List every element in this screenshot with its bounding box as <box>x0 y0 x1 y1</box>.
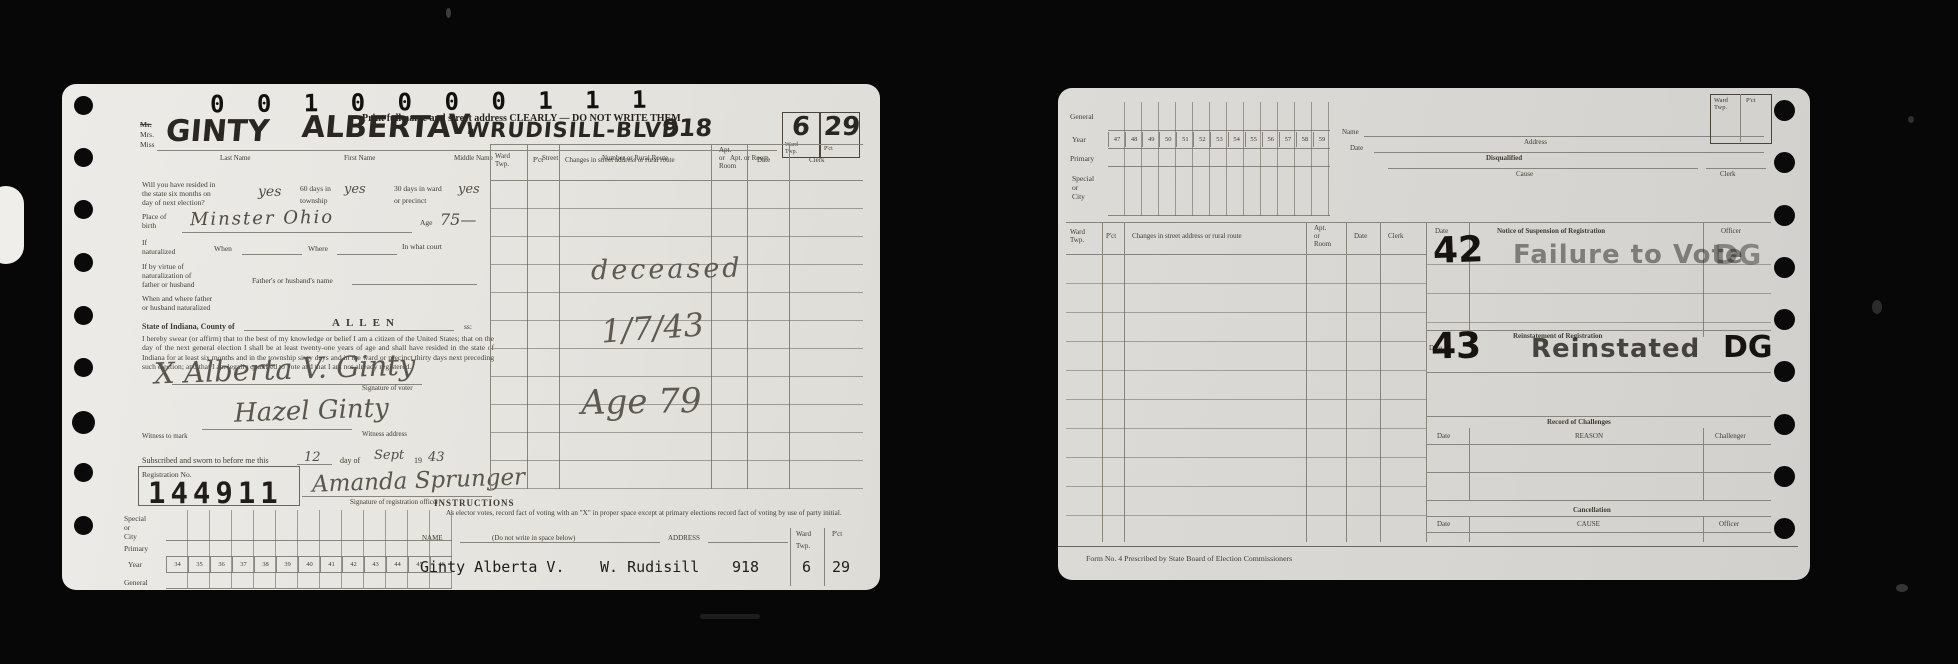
year-cell: 52 <box>1193 132 1210 147</box>
year-cell: 36 <box>210 557 232 572</box>
instructions-body: As elector votes, record fact of voting … <box>446 509 858 518</box>
col-apt-room: Apt. or Room <box>1314 224 1331 248</box>
label-do-not-write: (Do not write in space below) <box>492 534 575 542</box>
label-witness-address: Witness address <box>362 430 407 438</box>
year-cell: 38 <box>254 557 276 572</box>
stamp-reinstated: Reinstated <box>1531 334 1700 364</box>
label-first-name: First Name <box>344 154 375 162</box>
stamp-reinstatement-initials: DG <box>1723 330 1773 365</box>
sworn-statement: Subscribed and sworn to before me this <box>142 456 269 466</box>
prefix-miss: Miss <box>140 140 155 149</box>
table-top-rule <box>491 144 863 145</box>
handwritten-pct-value: 29 <box>823 112 862 142</box>
col-changes: Changes in street address or rural route <box>1132 232 1242 240</box>
label-ward-twp: Ward Twp. <box>1714 97 1728 112</box>
col-ward-twp: Ward Twp. <box>1070 228 1085 244</box>
year-cells: 34 35 36 37 38 39 40 41 42 43 44 45 46 <box>166 557 452 572</box>
label-pct-2: P'ct <box>832 530 842 538</box>
voting-grid-back: General Year Primary Special or City 47 … <box>1068 102 1330 216</box>
stamp-reinstatement-year: 43 <box>1431 326 1482 368</box>
punch-hole <box>1774 518 1795 539</box>
typed-voter-number: 918 <box>732 558 759 576</box>
changes-table-back: Ward Twp. P'ct Changes in street address… <box>1066 222 1426 542</box>
sworn-day: 12 <box>304 450 321 465</box>
table-top-rule <box>1066 222 1426 223</box>
handwritten-age: 75— <box>440 210 476 229</box>
voter-registration-card-front: 0 0 1 0 0 0 0 1 1 1 Print full name and … <box>62 84 880 590</box>
punch-hole <box>1774 361 1795 382</box>
handwritten-last-name: GINTY <box>164 114 270 149</box>
label-special-or-city: Special or City <box>124 514 146 541</box>
sworn-day-line <box>297 464 332 465</box>
prefix-mrs: Mrs. <box>140 130 154 139</box>
year-cell: 41 <box>320 557 342 572</box>
year-cell: 34 <box>166 557 188 572</box>
empty-rows <box>1066 255 1426 542</box>
county-line <box>244 330 454 331</box>
col-date: Date <box>757 156 770 164</box>
label-ss: ss: <box>464 322 472 331</box>
typed-voter-address: W. Rudisill <box>600 558 699 576</box>
challenges-reason-label: REASON <box>1575 432 1603 440</box>
label-pct: P'ct <box>1746 97 1755 104</box>
record-sections: Date Notice of Suspension of Registratio… <box>1426 222 1771 542</box>
challenges-date-label: Date <box>1437 432 1450 440</box>
footer-rule <box>1058 546 1798 547</box>
cause-line <box>1388 168 1698 169</box>
instructions-title: INSTRUCTIONS <box>434 498 515 509</box>
label-year: Year <box>1072 135 1086 144</box>
label-day-of: day of <box>340 456 360 466</box>
label-signature-of-voter: Signature of voter <box>362 384 413 392</box>
voter-registration-card-back: General Year Primary Special or City 47 … <box>1058 88 1810 580</box>
section-rule <box>1427 532 1771 533</box>
punch-hole <box>74 516 93 535</box>
label-in-what-court: In what court <box>402 242 442 251</box>
index-divider <box>790 528 791 586</box>
label-state-county: State of Indiana, County of <box>142 322 235 332</box>
note-age: Age 79 <box>581 381 702 423</box>
label-if: If <box>142 238 147 247</box>
naturalized-line <box>242 254 302 255</box>
year-cell: 43 <box>364 557 386 572</box>
column-divider <box>1469 516 1470 542</box>
label-age: Age <box>420 218 433 227</box>
year-cell: 42 <box>342 557 364 572</box>
birthplace-underline <box>182 232 412 233</box>
label-address: Address <box>1524 138 1547 146</box>
handwritten-first-name: ALBERTA <box>300 110 452 145</box>
witness-signature: Hazel Ginty <box>234 393 390 428</box>
note-death-date: 1/7/43 <box>600 305 705 350</box>
label-cause: Cause <box>1516 170 1533 178</box>
changes-table: Ward Twp. P'ct Changes in street address… <box>490 144 863 489</box>
section-top-rule <box>1427 222 1771 223</box>
section-rule <box>1427 472 1771 473</box>
year-cell: 55 <box>1245 132 1262 147</box>
section-rule <box>1427 444 1771 445</box>
stamp-failure-to-vote: Failure to Vote <box>1513 240 1744 270</box>
label-naturalized: naturalized <box>142 247 175 256</box>
grid-columns <box>1108 102 1330 216</box>
label-middle-name: Middle Name <box>454 154 493 162</box>
question-resided-state: Will you have resided in the state six m… <box>142 180 215 207</box>
year-cell: 51 <box>1176 132 1193 147</box>
cancellation-cause-label: CAUSE <box>1577 520 1600 528</box>
punch-hole <box>1774 152 1795 173</box>
column-divider <box>1703 428 1704 500</box>
grid-columns <box>166 510 452 588</box>
suspension-title: Notice of Suspension of Registration <box>1497 227 1605 235</box>
handwritten-house-number: 918 <box>661 114 714 142</box>
label-last-name: Last Name <box>220 154 251 162</box>
label-witness-to-mark: Witness to mark <box>142 432 188 440</box>
film-speck <box>1872 300 1882 314</box>
microfilm-frame: { "left_card": { "stamp_number": "0 0 1 … <box>0 0 1958 664</box>
label-where: Where <box>308 244 328 253</box>
film-speck <box>1896 584 1908 592</box>
col-clerk: Clerk <box>809 156 825 164</box>
stamp-suspension-initials: DG <box>1715 238 1761 271</box>
label-place-of-birth: Place of birth <box>142 212 166 230</box>
question-ward-days: 30 days in ward <box>394 184 442 193</box>
sworn-year: 43 <box>428 450 445 465</box>
punch-hole <box>74 200 93 219</box>
section-rule <box>1427 372 1771 373</box>
index-rule <box>708 542 788 543</box>
year-cell: 49 <box>1142 132 1159 147</box>
year-cell: 54 <box>1228 132 1245 147</box>
index-divider <box>824 528 825 586</box>
suspension-officer-label: Officer <box>1721 227 1741 235</box>
label-twp: Twp. <box>796 542 810 550</box>
grid-rule <box>166 588 452 589</box>
officer-signature-line <box>302 496 492 497</box>
year-cell: 35 <box>188 557 210 572</box>
fathers-name-line <box>352 284 477 285</box>
handwritten-street: WRUDISILL-BLVD <box>465 118 681 142</box>
label-when: When <box>214 244 232 253</box>
label-date: Date <box>1350 144 1363 152</box>
prefix-mr: Mr. <box>140 120 152 129</box>
label-general: General <box>124 578 148 587</box>
year-cell: 39 <box>276 557 298 572</box>
label-name: Name <box>1342 128 1359 136</box>
year-cell: 40 <box>298 557 320 572</box>
question-ward-days-2: or precinct <box>394 196 426 205</box>
answer-resided-state: yes <box>258 184 281 200</box>
label-year: Year <box>128 560 142 569</box>
year-cell: 56 <box>1262 132 1279 147</box>
challenges-title: Record of Challenges <box>1547 418 1611 426</box>
label-clerk: Clerk <box>1720 170 1736 178</box>
punch-hole <box>1774 205 1795 226</box>
label-fathers-name: Father's or husband's name <box>252 276 333 285</box>
challenges-challenger-label: Challenger <box>1715 432 1746 440</box>
label-ward: Ward <box>796 530 811 538</box>
typed-voter-pct: 29 <box>832 558 850 576</box>
punch-hole <box>74 96 93 115</box>
punch-hole <box>1774 257 1795 278</box>
year-cell: 47 <box>1108 132 1125 147</box>
col-apt-room: Apt. or Room <box>719 146 736 170</box>
year-cells: 47 48 49 50 51 52 53 54 55 56 57 58 59 <box>1108 132 1330 147</box>
punch-hole <box>1774 466 1795 487</box>
question-township-days-2: township <box>300 196 328 205</box>
note-deceased: deceased <box>591 253 743 287</box>
col-clerk: Clerk <box>1388 232 1404 240</box>
punch-hole <box>1774 414 1795 435</box>
clerk-line <box>1706 168 1766 169</box>
section-rule <box>1427 516 1771 517</box>
film-speck <box>446 8 451 18</box>
typed-voter-name: Ginty Alberta V. <box>420 558 565 576</box>
label-disqualified: Disqualified <box>1486 154 1522 162</box>
county-value: ALLEN <box>332 317 400 330</box>
column-divider <box>1469 428 1470 500</box>
label-address: ADDRESS <box>668 534 700 542</box>
stamp-suspension-year: 42 <box>1432 229 1484 272</box>
cancellation-officer-label: Officer <box>1719 520 1739 528</box>
punch-hole <box>72 411 95 434</box>
form-footer: Form No. 4 Prescribed by State Board of … <box>1086 554 1292 563</box>
section-rule <box>1427 500 1771 501</box>
sworn-month: Sept <box>374 448 404 463</box>
year-cell: 50 <box>1159 132 1176 147</box>
col-pct: P'ct <box>1106 232 1116 240</box>
name-line <box>1364 136 1764 137</box>
handwritten-ward-value: 6 <box>791 112 812 142</box>
year-cell: 48 <box>1125 132 1142 147</box>
col-date: Date <box>1354 232 1367 240</box>
punch-hole <box>1774 309 1795 330</box>
col-pct: P'ct <box>533 156 543 164</box>
col-changes: Changes in street address or rural route <box>565 156 675 164</box>
label-19: 19 <box>414 456 422 466</box>
index-rule <box>460 542 660 543</box>
date-line <box>1374 152 1764 153</box>
film-artifact <box>0 186 24 264</box>
cancellation-date-label: Date <box>1437 520 1450 528</box>
punch-hole <box>74 358 93 377</box>
label-name: NAME <box>422 534 443 542</box>
ward-pct-divider <box>1740 94 1741 142</box>
punch-hole <box>74 463 93 482</box>
cancellation-title: Cancellation <box>1573 506 1611 514</box>
year-cell: 57 <box>1279 132 1296 147</box>
year-cell: 37 <box>232 557 254 572</box>
label-special-or-city: Special or City <box>1072 174 1094 201</box>
handwritten-birthplace: Minster Ohio <box>190 207 335 231</box>
col-ward-twp: Ward Twp. <box>495 152 510 168</box>
naturalized-line <box>337 254 397 255</box>
label-primary: Primary <box>1070 154 1094 163</box>
label-by-virtue: If by virtue of naturalization of father… <box>142 262 194 289</box>
punch-hole <box>74 148 93 167</box>
typed-voter-ward: 6 <box>802 558 811 576</box>
answer-township-days: yes <box>344 182 366 197</box>
punch-hole <box>74 253 93 272</box>
instructions-block: INSTRUCTIONS As elector votes, record fa… <box>420 498 864 586</box>
film-speck <box>1908 116 1914 123</box>
film-speck <box>700 614 760 619</box>
registration-number: 144911 <box>148 476 283 510</box>
label-primary: Primary <box>124 544 148 553</box>
punch-hole <box>74 306 93 325</box>
answer-ward-days: yes <box>458 182 480 197</box>
year-cell: 44 <box>386 557 408 572</box>
label-general: General <box>1070 112 1094 121</box>
label-when-where-naturalized: When and where father or husband natural… <box>142 294 212 312</box>
year-cell: 53 <box>1210 132 1227 147</box>
voting-grid: Special or City Primary Year General 34 … <box>122 510 452 588</box>
witness-line <box>202 429 352 430</box>
column-divider <box>1703 516 1704 542</box>
year-cell: 58 <box>1296 132 1313 147</box>
punch-hole <box>1774 100 1795 121</box>
question-township-days: 60 days in <box>300 184 331 193</box>
year-cell: 59 <box>1313 132 1330 147</box>
section-rule <box>1427 416 1771 417</box>
